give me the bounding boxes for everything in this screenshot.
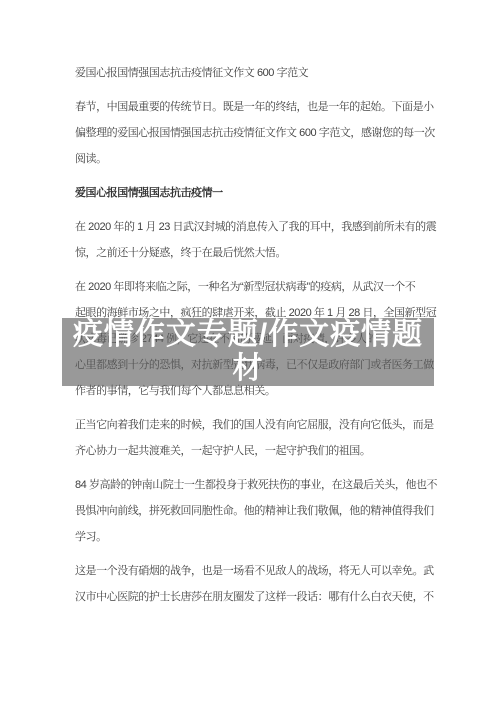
- watermark-title-line1: 疫情作文专题/作文疫情题: [73, 318, 423, 352]
- text-line: 正当它向着我们走来的时候，我们的国人没有向它屈服，没有向它低头，而是: [75, 412, 437, 438]
- text-line: 爱国心报国情强国志抗击疫情征文作文 600 字范文: [75, 60, 437, 86]
- text-line: 春节，中国最重要的传统节日。既是一年的终结，也是一年的起始。下面是小: [75, 94, 437, 120]
- text-line: 畏惧冲向前线，拼死救回同胞性命。他的精神让我们敬佩，他的精神值得我们: [75, 498, 437, 524]
- text-line: 齐心协力一起共渡难关，一起守护人民，一起守护我们的祖国。: [75, 438, 437, 464]
- text-line: 偏整理的爱国心报国情强国志抗击疫情征文作文 600 字范文，感谢您的每一次: [75, 120, 437, 146]
- text-line: 84 岁高龄的钟南山院士一生都投身于救死扶伤的事业，在这最后关头，他也不: [75, 472, 437, 498]
- body-paragraph: 这是一个没有硝烟的战争，也是一场看不见敌人的战场，将无人可以幸免。武 汉市中心医…: [75, 558, 437, 610]
- text-line: 惊，之前还十分疑惑，终于在最后恍然大悟。: [75, 240, 437, 266]
- intro-paragraph: 春节，中国最重要的传统节日。既是一年的终结，也是一年的起始。下面是小 偏整理的爱…: [75, 94, 437, 172]
- text-line: 在 2020 年的 1 月 23 日武汉封城的消息传入了我的耳中，我感到前所未有…: [75, 214, 437, 240]
- text-line: 这是一个没有硝烟的战争，也是一场看不见敌人的战场，将无人可以幸免。武: [75, 558, 437, 584]
- section-heading: 爱国心报国情强国志抗击疫情一: [75, 180, 437, 206]
- text-line: 阅读。: [75, 146, 437, 172]
- body-paragraph: 正当它向着我们走来的时候，我们的国人没有向它屈服，没有向它低头，而是 齐心协力一…: [75, 412, 437, 464]
- body-paragraph: 在 2020 年的 1 月 23 日武汉封城的消息传入了我的耳中，我感到前所未有…: [75, 214, 437, 266]
- text-line: 学习。: [75, 524, 437, 550]
- watermark-title-line2: 材: [233, 352, 264, 386]
- doc-title: 爱国心报国情强国志抗击疫情征文作文 600 字范文: [75, 60, 437, 86]
- watermark-banner: 疫情作文专题/作文疫情题 材: [62, 318, 434, 386]
- body-paragraph: 84 岁高龄的钟南山院士一生都投身于救死扶伤的事业，在这最后关头，他也不 畏惧冲…: [75, 472, 437, 550]
- text-line: 汉市中心医院的护士长唐莎在朋友圈发了这样一段话：哪有什么白衣天使，不: [75, 584, 437, 610]
- text-line: 爱国心报国情强国志抗击疫情一: [75, 180, 437, 206]
- text-line: 在 2020 年即将来临之际，一种名为“新型冠状病毒”的疫病，从武汉一个不: [75, 274, 437, 300]
- document-page: 爱国心报国情强国志抗击疫情征文作文 600 字范文 春节，中国最重要的传统节日。…: [0, 0, 500, 706]
